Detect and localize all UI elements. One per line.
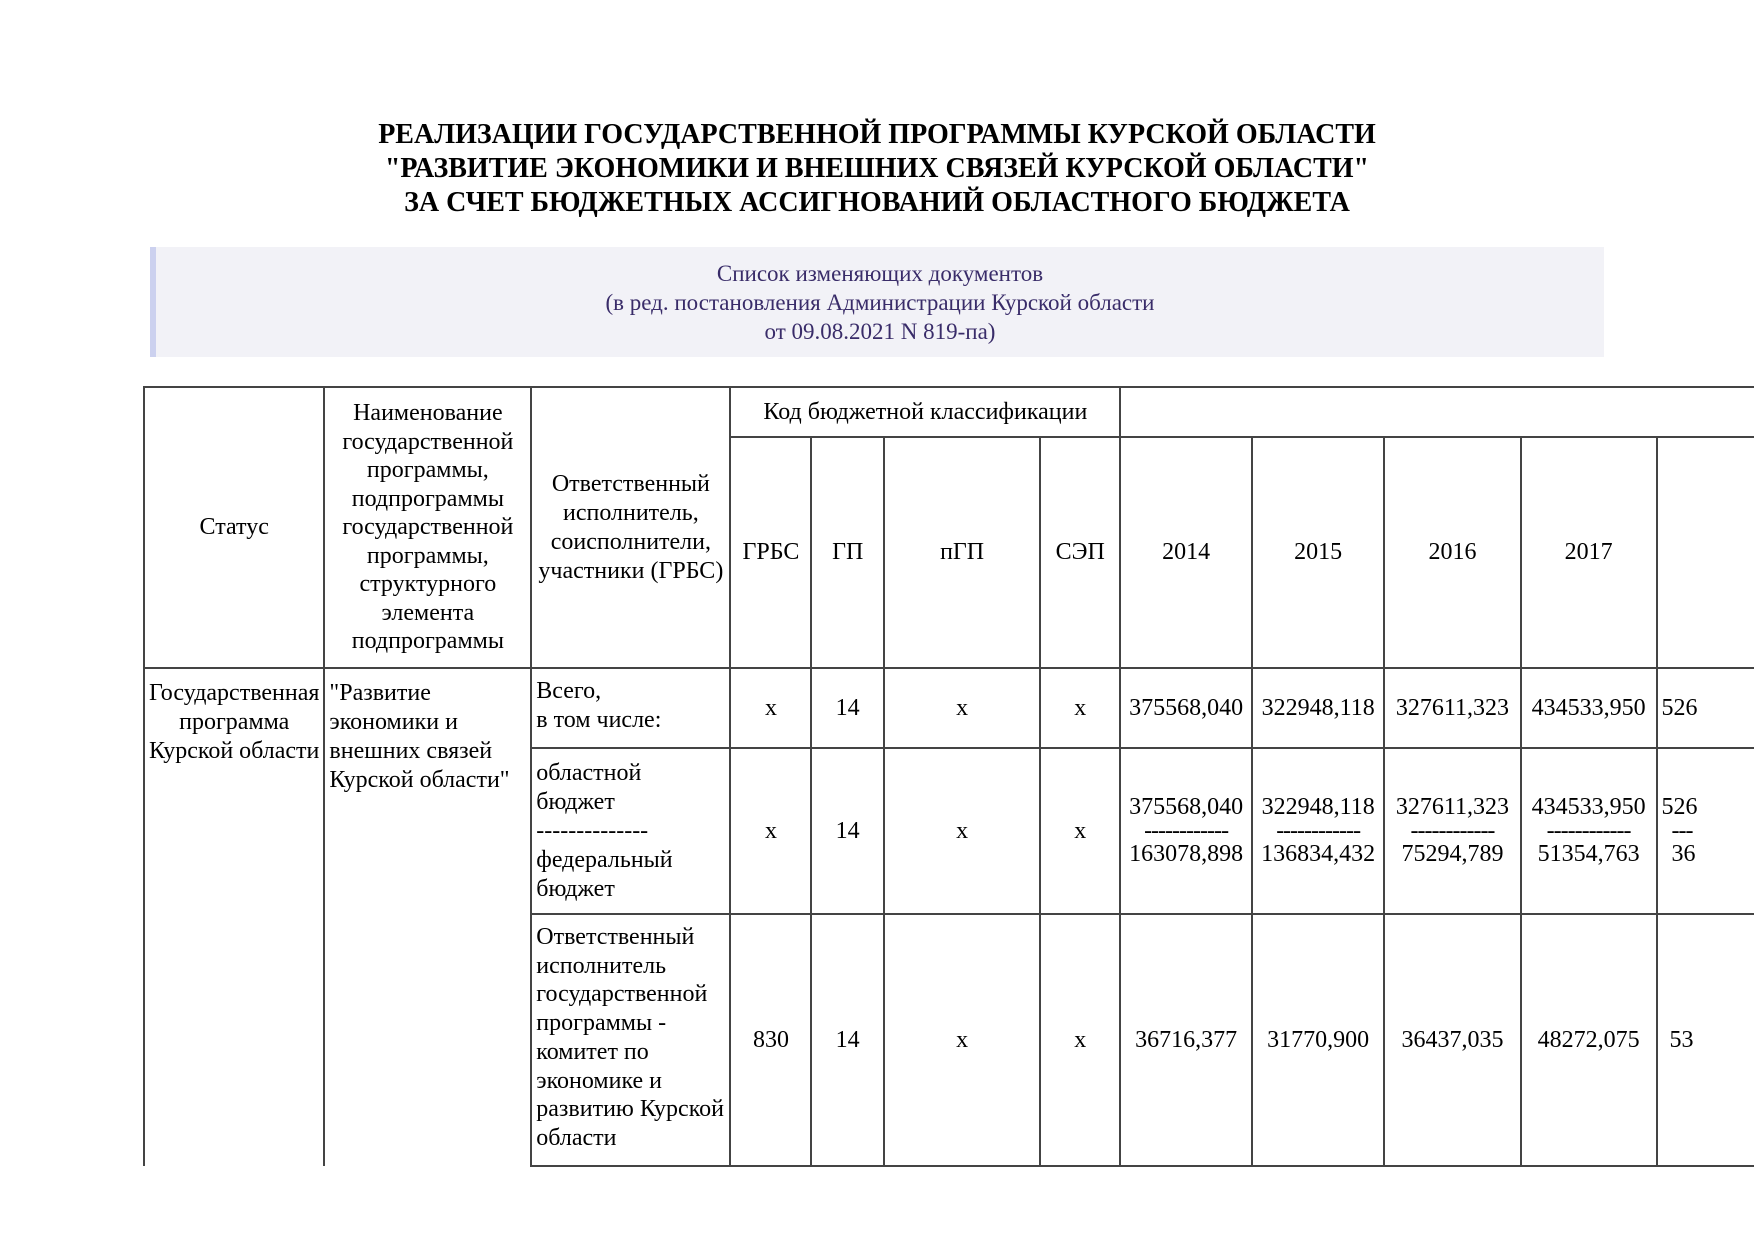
- separator: ------------: [1257, 822, 1379, 840]
- responsible-budgets: областной бюджет -------------- федераль…: [531, 748, 730, 914]
- grbs-cell: x: [730, 668, 811, 748]
- header-gp: ГП: [811, 437, 884, 668]
- value-2015: 31770,900: [1252, 914, 1384, 1166]
- header-year-2016: 2016: [1384, 437, 1520, 668]
- grbs-cell: x: [730, 748, 811, 914]
- value-2014: 36716,377: [1120, 914, 1252, 1166]
- value-2014: 375568,040 ------------ 163078,898: [1120, 748, 1252, 914]
- federal-value: 136834,432: [1257, 840, 1379, 869]
- header-status: Статус: [144, 387, 324, 668]
- pgp-cell: x: [884, 748, 1040, 914]
- header-name: Наименование государственной программы, …: [324, 387, 531, 668]
- header-year-2014: 2014: [1120, 437, 1252, 668]
- value-2016: 36437,035: [1384, 914, 1520, 1166]
- responsible-executor: Ответственный исполнитель государственно…: [531, 914, 730, 1166]
- header-budget-code: Код бюджетной классификации: [730, 387, 1120, 437]
- header-grbs: ГРБС: [730, 437, 811, 668]
- value-2016: 327611,323: [1384, 668, 1520, 748]
- value-clipped: 53: [1657, 914, 1754, 1166]
- separator: ------------: [1389, 822, 1515, 840]
- federal-value: 75294,789: [1389, 840, 1515, 869]
- federal-value: 51354,763: [1526, 840, 1652, 869]
- pgp-cell: x: [884, 668, 1040, 748]
- value-2017: 434533,950: [1521, 668, 1657, 748]
- sep-cell: x: [1040, 914, 1120, 1166]
- header-year-2017: 2017: [1521, 437, 1657, 668]
- header-years-group: [1120, 387, 1754, 437]
- value-2014: 375568,040: [1120, 668, 1252, 748]
- responsible-total: Всего, в том числе:: [531, 668, 730, 748]
- sep-cell: x: [1040, 668, 1120, 748]
- value-clipped: 526: [1657, 668, 1754, 748]
- gp-cell: 14: [811, 914, 884, 1166]
- header-pgp: пГП: [884, 437, 1040, 668]
- header-responsible: Ответственный исполнитель, соисполнители…: [531, 387, 730, 668]
- grbs-cell: 830: [730, 914, 811, 1166]
- header-sep: СЭП: [1040, 437, 1120, 668]
- federal-budget-label: федеральный бюджет: [536, 846, 725, 904]
- value-2016: 327611,323 ------------ 75294,789: [1384, 748, 1520, 914]
- header-year-clipped: [1657, 437, 1754, 668]
- value-clipped: 526 --- 36: [1657, 748, 1754, 914]
- separator: ---: [1662, 822, 1751, 840]
- separator: ------------: [1125, 822, 1247, 840]
- header-year-2015: 2015: [1252, 437, 1384, 668]
- gp-cell: 14: [811, 668, 884, 748]
- program-name-cell: "Развитие экономики и внешних связей Кур…: [324, 668, 531, 1166]
- sep-cell: x: [1040, 748, 1120, 914]
- table-row: Государственная программа Курской област…: [144, 668, 1754, 748]
- value-2015: 322948,118 ------------ 136834,432: [1252, 748, 1384, 914]
- value-2017: 48272,075: [1521, 914, 1657, 1166]
- federal-value: 36: [1662, 840, 1751, 869]
- value-2017: 434533,950 ------------ 51354,763: [1521, 748, 1657, 914]
- separator: ------------: [1526, 822, 1652, 840]
- pgp-cell: x: [884, 914, 1040, 1166]
- value-2015: 322948,118: [1252, 668, 1384, 748]
- budget-table: Статус Наименование государственной прог…: [143, 386, 1754, 1167]
- federal-value: 163078,898: [1125, 840, 1247, 869]
- regional-budget-label: областной бюджет: [536, 759, 725, 817]
- separator: --------------: [536, 817, 725, 846]
- gp-cell: 14: [811, 748, 884, 914]
- status-cell: Государственная программа Курской област…: [144, 668, 324, 1166]
